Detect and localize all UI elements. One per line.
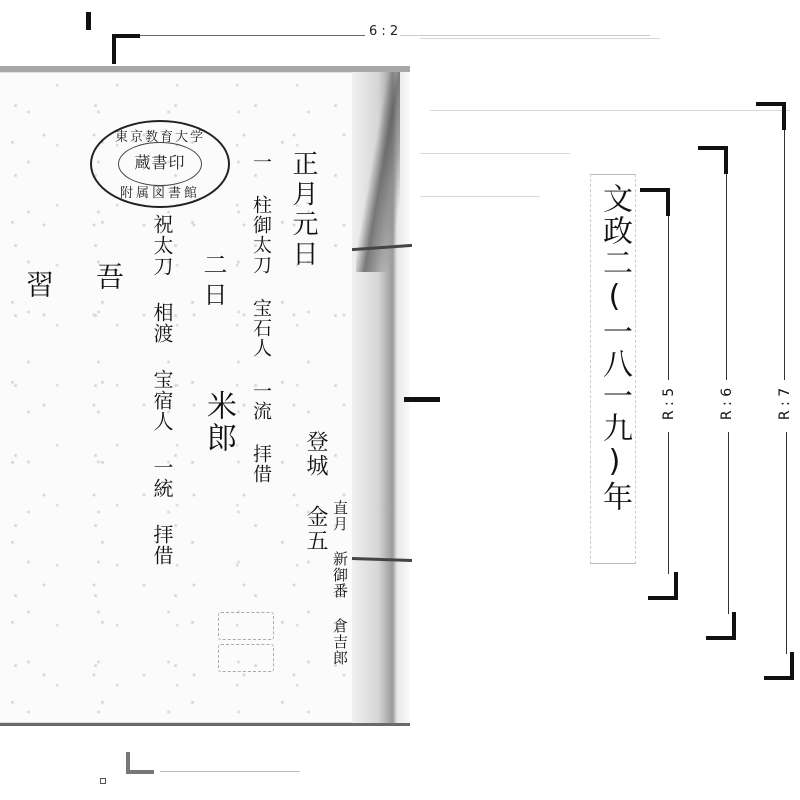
ruler-r6-line [728, 432, 729, 614]
ruler-r6-label: R : 6 [717, 385, 737, 423]
handwritten-column: 習 [18, 270, 58, 298]
ruler-r6-top-mark [724, 146, 728, 174]
year-annotation: 文政二(一八一九)年 [590, 174, 636, 564]
ghost-line [420, 196, 540, 197]
scale-line-top-faint [400, 35, 650, 36]
scale-label-top: 6 : 2 [366, 24, 401, 39]
handwritten-column: 吾 [88, 262, 128, 290]
ruler-r7-line [786, 432, 787, 654]
year-annotation-text: 文政二(一八一九)年 [597, 183, 631, 513]
page-fold [356, 72, 400, 272]
ruler-r5-line [668, 216, 669, 380]
ghost-line [430, 110, 790, 111]
ruler-r5-bottom-mark [648, 596, 678, 600]
ruler-r7-line [784, 130, 785, 380]
ghost-line [420, 38, 660, 39]
ruler-r5-line [668, 432, 669, 574]
stamp-center-text: 蔵書印 [92, 150, 228, 173]
handwritten-column: 正月元日 [285, 150, 322, 270]
stamp-bottom-text: 附属図書館 [92, 182, 228, 201]
ruler-r6-line [726, 174, 727, 380]
ruler-r7-label: R : 7 [775, 385, 795, 423]
center-tick [404, 397, 440, 402]
registration-tick [86, 12, 91, 30]
handwritten-column: 二日 [196, 252, 231, 312]
handwritten-column: 米郎 [196, 390, 240, 454]
handwritten-column: 直月 新御番 倉吉郎 [330, 500, 351, 666]
ruler-r5-label: R : 5 [659, 385, 679, 423]
ghost-line [420, 153, 570, 154]
crop-mark-bottom-left [126, 770, 154, 774]
faint-box [218, 644, 274, 672]
scale-line-top [140, 35, 365, 36]
handwritten-column: 一 柱御太刀 宝石人 一流 拝借 [248, 152, 275, 484]
faint-box [218, 612, 274, 640]
ruler-r7-top-mark [782, 102, 786, 130]
ruler-r7-bottom-mark [764, 676, 794, 680]
handwritten-column: 登城 金五 [300, 430, 331, 553]
handwritten-column: 祝太刀 相渡 宝宿人 一統 拝借 [148, 214, 177, 566]
crop-mark-top-left [112, 34, 140, 38]
ruler-r6-bottom-mark [706, 636, 736, 640]
scale-line-bottom [160, 771, 300, 772]
library-stamp: 東京教育大学 蔵書印 附属図書館 [90, 120, 230, 208]
ruler-r5-top-mark [666, 188, 670, 216]
crop-mark-top-left [112, 34, 116, 64]
registration-square [100, 778, 106, 784]
faint-seal-boxes [218, 612, 276, 680]
document-scan: 東京教育大学 蔵書印 附属図書館 正月元日 登城 金五 直月 新御番 倉吉郎 一… [0, 0, 800, 800]
